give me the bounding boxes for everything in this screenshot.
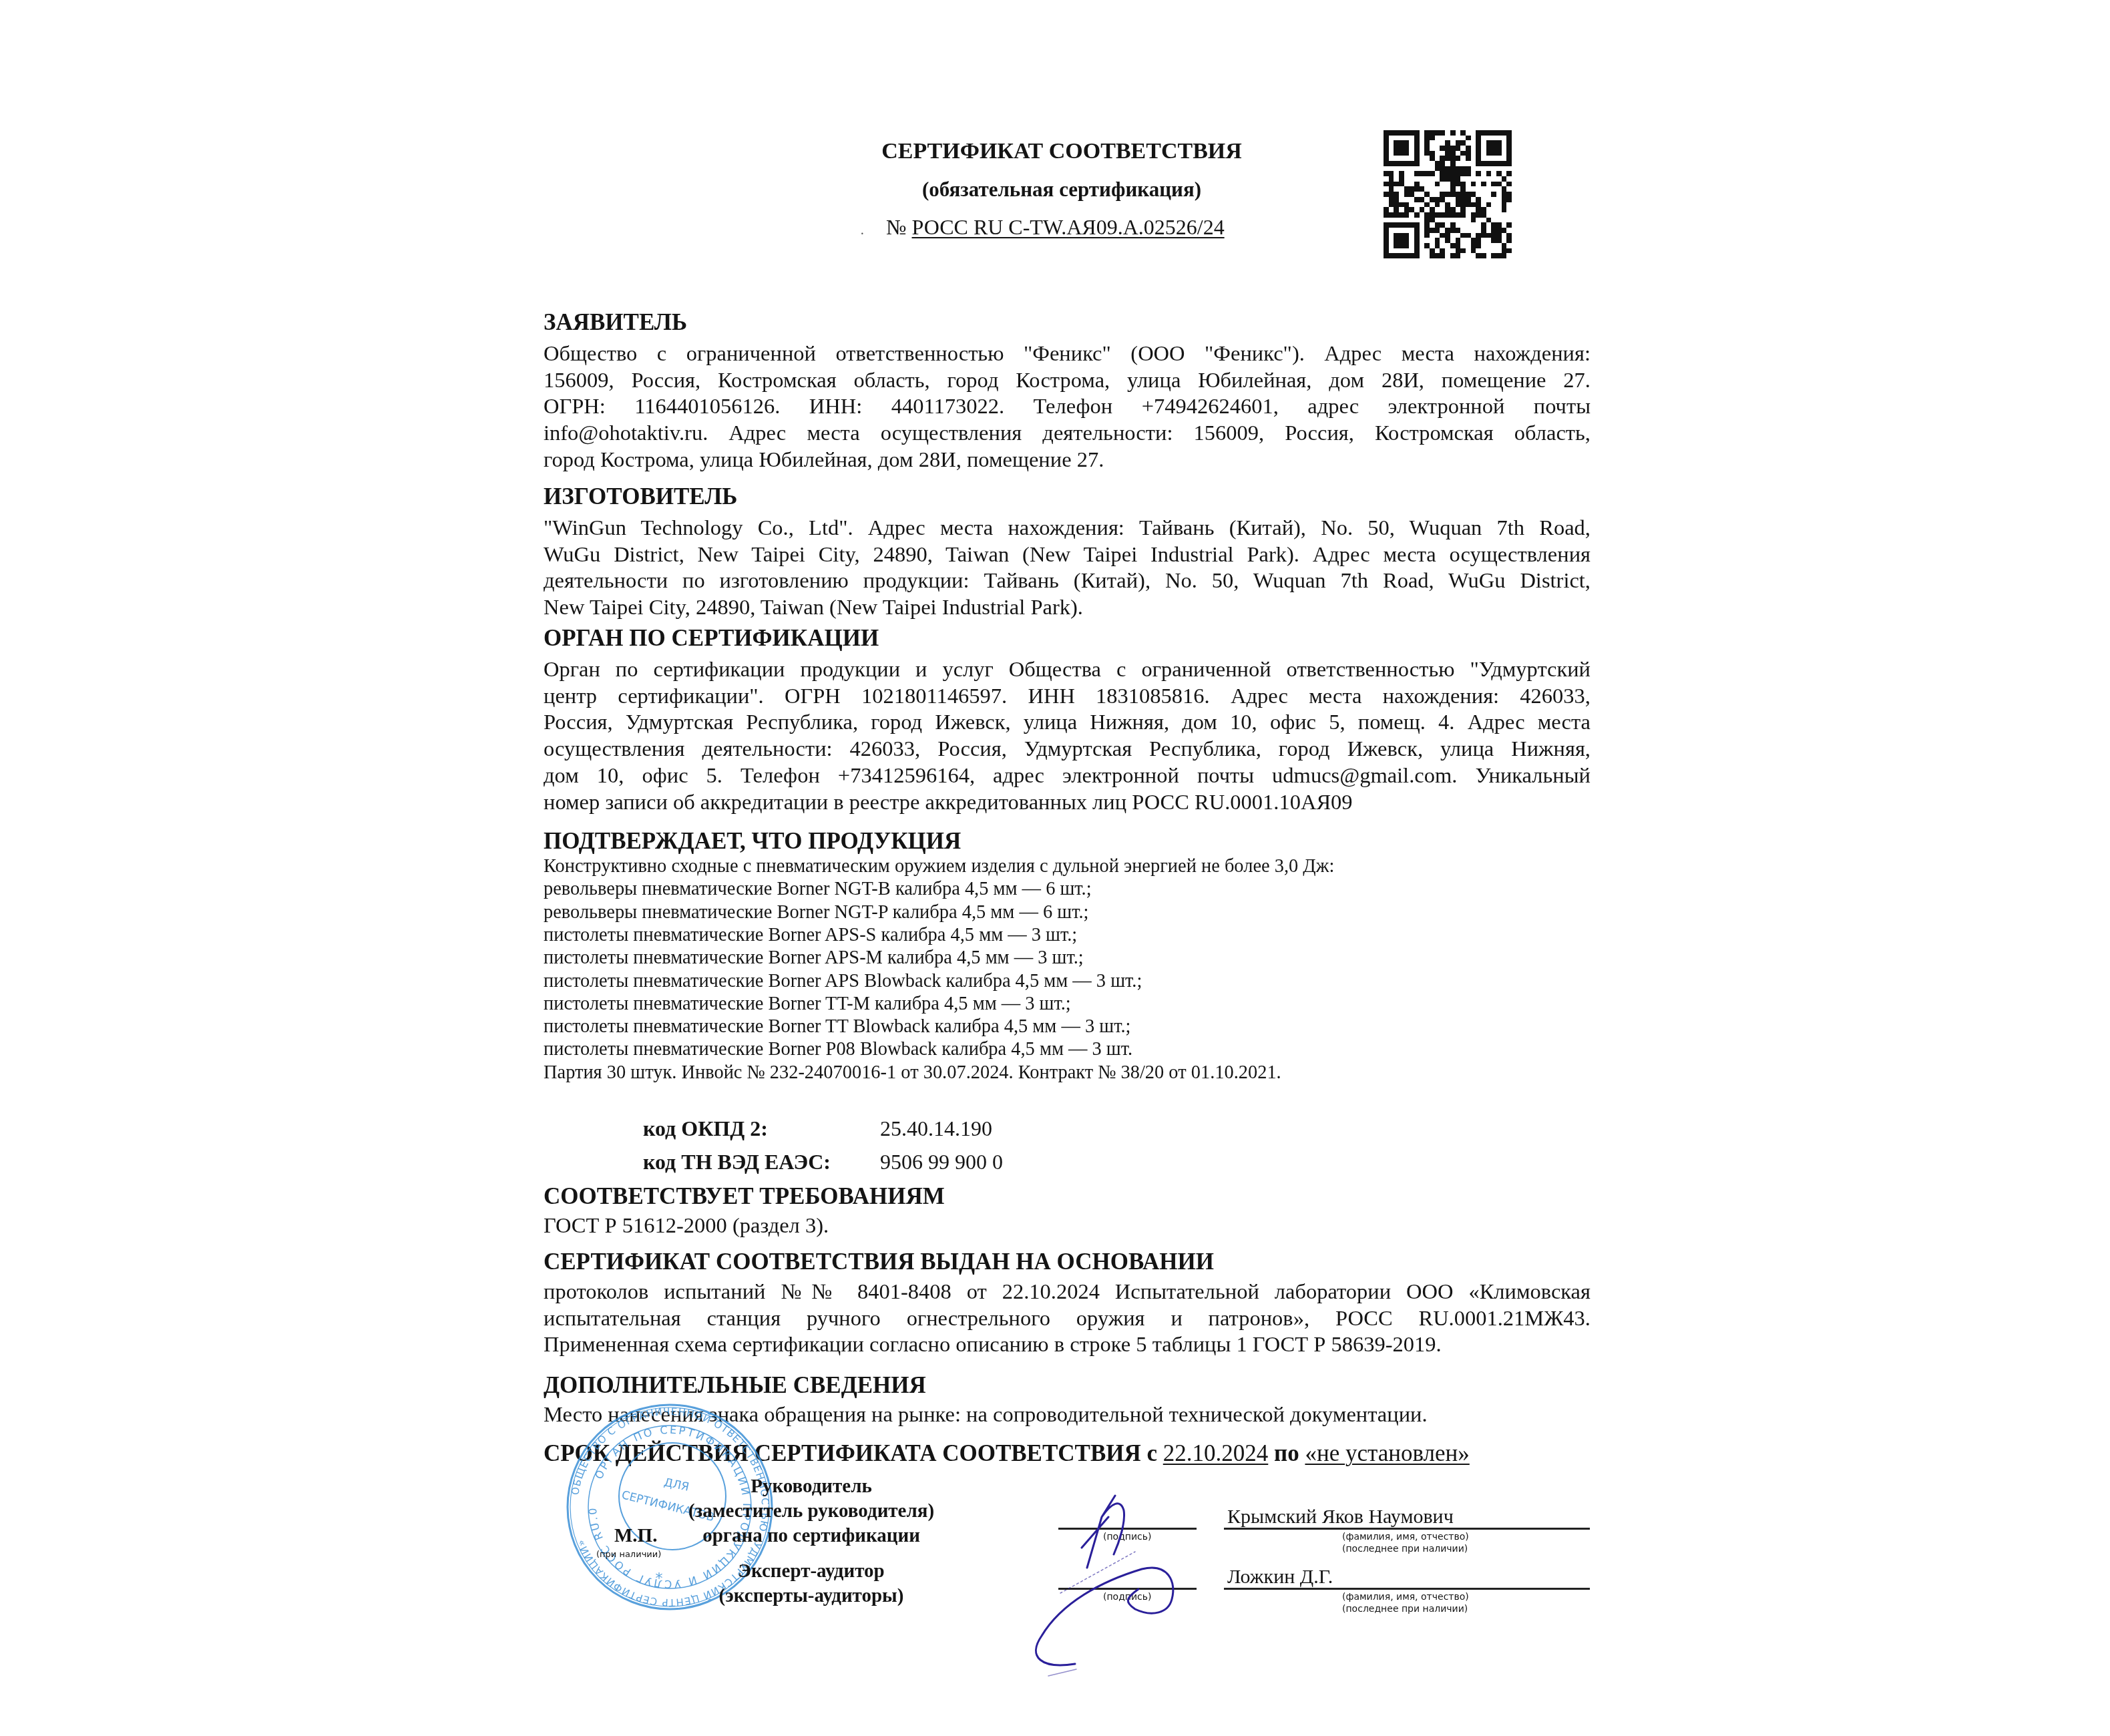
expert-label-line2: (эксперты-аудиторы) [671, 1585, 952, 1607]
head-name-caption-1: (фамилия, имя, отчество) [1342, 1532, 1469, 1542]
requirements-text-line: ГОСТ Р 51612-2000 (раздел 3). [544, 1214, 1591, 1239]
applicant-text-line: ОГРН: 1164401056126. ИНН: 4401173022. Те… [544, 395, 1591, 419]
product-heading: ПОДТВЕРЖДАЕТ, ЧТО ПРОДУКЦИЯ [544, 828, 961, 855]
scan-dot: · [860, 227, 865, 242]
applicant-text-line: Общество с ограниченной ответственностью… [544, 342, 1591, 367]
validity-to-label: по [1274, 1440, 1299, 1466]
document-title: СЕРТИФИКАТ СООТВЕТСТВИЯ [728, 139, 1396, 164]
qr-code-icon [1384, 129, 1512, 260]
certification-body-text-line: Россия, Удмуртская Республика, город Иже… [544, 710, 1591, 735]
product-text-line: пистолеты пневматические Borner APS-M ка… [544, 947, 1084, 969]
product-text-line: пистолеты пневматические Borner APS-S ка… [544, 924, 1077, 946]
validity-to: «не установлен» [1305, 1440, 1469, 1466]
manufacturer-text-line: "WinGun Technology Co., Ltd". Адрес мест… [544, 516, 1591, 541]
additional-info-heading: ДОПОЛНИТЕЛЬНЫЕ СВЕДЕНИЯ [544, 1372, 926, 1399]
product-text-line: револьверы пневматические Borner NGT-B к… [544, 878, 1092, 900]
head-label-line2: (заместитель руководителя) [671, 1500, 952, 1522]
product-text-line: Конструктивно сходные с пневматическим о… [544, 855, 1334, 877]
expert-name-caption-1: (фамилия, имя, отчество) [1342, 1592, 1469, 1602]
basis-heading: СЕРТИФИКАТ СООТВЕТСТВИЯ ВЫДАН НА ОСНОВАН… [544, 1249, 1214, 1275]
product-text-line: пистолеты пневматические Borner TT-M кал… [544, 993, 1071, 1015]
product-text-line: револьверы пневматические Borner NGT-P к… [544, 901, 1088, 923]
okpd-label: код ОКПД 2: [643, 1116, 768, 1141]
certification-body-text-line: Орган по сертификации продукции и услуг … [544, 658, 1591, 682]
certification-body-text-line: номер записи об аккредитации в реестре а… [544, 791, 1591, 815]
seal-label: М.П. [614, 1525, 657, 1547]
svg-text:*: * [656, 1570, 663, 1587]
applicant-text-line: 156009, Россия, Костромская область, гор… [544, 369, 1591, 393]
expert-name-caption-2: (последнее при наличии) [1342, 1604, 1468, 1614]
product-text-line: Партия 30 штук. Инвойс № 232-24070016-1 … [544, 1062, 1281, 1084]
tnved-value: 9506 99 900 0 [880, 1150, 1003, 1174]
okpd-value: 25.40.14.190 [880, 1116, 992, 1141]
basis-text-line: протоколов испытаний №№ 8401-8408 от 22.… [544, 1280, 1591, 1305]
product-text-line: пистолеты пневматические Borner TT Blowb… [544, 1016, 1130, 1038]
validity-from: 22.10.2024 [1163, 1440, 1269, 1466]
manufacturer-text-line: WuGu District, New Taipei City, 24890, T… [544, 543, 1591, 568]
applicant-text-line: город Кострома, улица Юбилейная, дом 28И… [544, 448, 1591, 473]
basis-text-line: Примененная схема сертификации согласно … [544, 1333, 1591, 1357]
requirements-heading: СООТВЕТСТВУЕТ ТРЕБОВАНИЯМ [544, 1183, 945, 1210]
head-label-line1: Руководитель [671, 1476, 952, 1498]
certificate-number-value: РОСС RU С-TW.АЯ09.А.02526/24 [912, 215, 1225, 239]
head-label-line3: органа по сертификации [671, 1525, 952, 1547]
basis-text-line: испытательная станция ручного огнестрель… [544, 1307, 1591, 1331]
number-sign: № [886, 215, 907, 239]
signature-handwriting-icon [1002, 1469, 1282, 1683]
head-name-caption-2: (последнее при наличии) [1342, 1544, 1468, 1554]
expert-label-line1: Эксперт-аудитор [671, 1560, 952, 1582]
certification-body-heading: ОРГАН ПО СЕРТИФИКАЦИИ [544, 625, 879, 652]
certificate-number: № РОСС RU С-TW.АЯ09.А.02526/24 [886, 215, 1225, 240]
tnved-label: код ТН ВЭД ЕАЭС: [643, 1150, 831, 1174]
certification-body-text-line: осуществления деятельности: 426033, Росс… [544, 737, 1591, 762]
product-text-line: пистолеты пневматические Borner APS Blow… [544, 970, 1142, 992]
certification-body-text-line: дом 10, офис 5. Телефон +73412596164, ад… [544, 764, 1591, 789]
applicant-text-line: info@ohotaktiv.ru. Адрес места осуществл… [544, 421, 1591, 446]
seal-caption: (при наличии) [596, 1550, 661, 1560]
manufacturer-text-line: New Taipei City, 24890, Taiwan (New Taip… [544, 596, 1591, 620]
product-text-line: пистолеты пневматические Borner P08 Blow… [544, 1038, 1132, 1060]
manufacturer-heading: ИЗГОТОВИТЕЛЬ [544, 483, 737, 510]
certification-body-text-line: центр сертификации". ОГРН 1021801146597.… [544, 684, 1591, 709]
document-subtitle: (обязательная сертификация) [728, 178, 1396, 202]
applicant-heading: ЗАЯВИТЕЛЬ [544, 309, 687, 336]
manufacturer-text-line: деятельности по изготовлению продукции: … [544, 569, 1591, 594]
